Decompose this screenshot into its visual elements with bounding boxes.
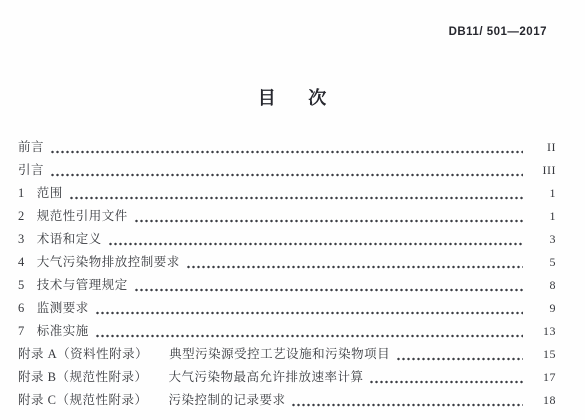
- toc-entry-page: 15: [530, 343, 556, 366]
- dot-leader: [95, 297, 523, 320]
- toc-entry-label: 技术与管理规定: [37, 274, 128, 297]
- toc-entry-page: 8: [530, 274, 556, 297]
- toc-entry-number: 7: [18, 320, 25, 343]
- toc-entry-page: 9: [530, 297, 556, 320]
- toc-entry-page: II: [530, 136, 556, 159]
- toc-entry: 附录 C（规范性附录） 污染控制的记录要求 18: [18, 389, 556, 412]
- dot-leader: [134, 274, 523, 297]
- dot-leader: [396, 343, 523, 366]
- document-header: DB11/ 501—2017: [449, 22, 547, 40]
- standard-code: DB11/ 501—2017: [449, 26, 547, 38]
- toc-entry-page: 1: [530, 205, 556, 228]
- toc-entry: 2 规范性引用文件 1: [18, 205, 556, 228]
- toc-entry-number: 附录 A（资料性附录）: [18, 343, 148, 366]
- toc-entry-number: 5: [18, 274, 25, 297]
- toc-entry-label: 前言: [18, 136, 44, 159]
- dot-leader: [108, 228, 523, 251]
- toc-entry-label: 大气污染物最高允许排放速率计算: [168, 366, 363, 389]
- toc-entry-label: 监测要求: [37, 297, 89, 320]
- dot-leader: [50, 159, 523, 182]
- toc-entry: 6 监测要求 9: [18, 297, 556, 320]
- toc-entry-label: 术语和定义: [37, 228, 102, 251]
- toc-entry-page: 1: [530, 182, 556, 205]
- toc-entry-label: 大气污染物排放控制要求: [37, 251, 180, 274]
- toc-entry: 5 技术与管理规定 8: [18, 274, 556, 297]
- toc-entry-page: 17: [530, 366, 556, 389]
- toc-entry-page: 3: [530, 228, 556, 251]
- toc-entry-number: 附录 C（规范性附录）: [18, 389, 147, 412]
- toc-entry: 7 标准实施 13: [18, 320, 556, 343]
- dot-leader: [69, 182, 523, 205]
- toc-entry-label: 污染控制的记录要求: [168, 389, 285, 412]
- toc-entry-label: 标准实施: [37, 320, 89, 343]
- dot-leader: [50, 136, 523, 159]
- toc-entry: 3 术语和定义 3: [18, 228, 556, 251]
- toc-entry: 附录 A（资料性附录） 典型污染源受控工艺设施和污染物项目 15: [18, 343, 556, 366]
- toc-entry: 4 大气污染物排放控制要求 5: [18, 251, 556, 274]
- dot-leader: [369, 366, 523, 389]
- toc-entry-page: 13: [530, 320, 556, 343]
- toc-entry-number: 3: [18, 228, 25, 251]
- toc-entry: 前言 II: [18, 136, 556, 159]
- toc-entry: 1 范围 1: [18, 182, 556, 205]
- toc-entry-number: 附录 B（规范性附录）: [18, 366, 147, 389]
- dot-leader: [186, 251, 523, 274]
- toc-entry-page: 5: [530, 251, 556, 274]
- toc-entry-number: 4: [18, 251, 25, 274]
- toc-entry: 引言 III: [18, 159, 556, 182]
- toc-entry-label: 规范性引用文件: [37, 205, 128, 228]
- dot-leader: [134, 205, 523, 228]
- table-of-contents: 前言 II 引言 III 1 范围 1 2 规范性引用文件 1 3 术语和定义: [18, 136, 556, 412]
- toc-entry-label: 引言: [18, 159, 44, 182]
- toc-entry-page: 18: [530, 389, 556, 412]
- toc-entry-page: III: [530, 159, 556, 182]
- toc-entry-number: 6: [18, 297, 25, 320]
- toc-entry-label: 典型污染源受控工艺设施和污染物项目: [169, 343, 390, 366]
- toc-entry-label: 范围: [37, 182, 63, 205]
- toc-entry-number: 2: [18, 205, 25, 228]
- toc-entry: 附录 B（规范性附录） 大气污染物最高允许排放速率计算 17: [18, 366, 556, 389]
- dot-leader: [291, 389, 523, 412]
- page-title: 目 次: [0, 84, 585, 110]
- toc-entry-number: 1: [18, 182, 25, 205]
- dot-leader: [95, 320, 523, 343]
- document-page: DB11/ 501—2017 目 次 前言 II 引言 III 1 范围 1 2…: [0, 0, 585, 420]
